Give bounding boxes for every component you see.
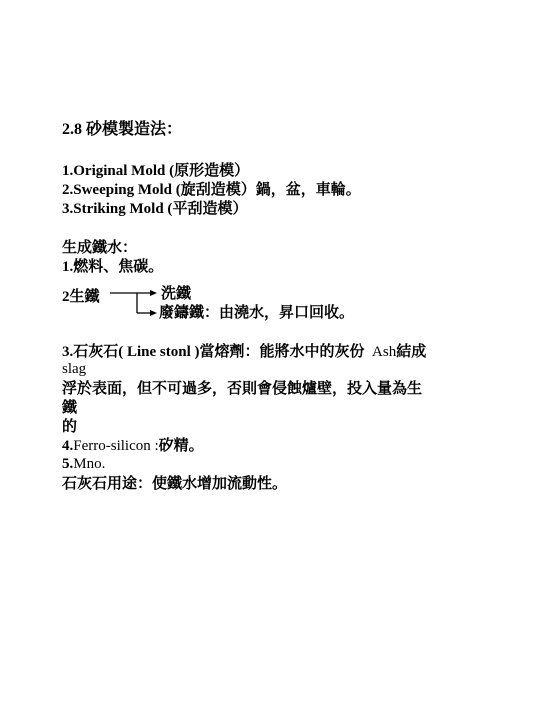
item-en-text: Ash [372, 344, 396, 360]
item-zh-text: 矽精。 [159, 436, 204, 454]
item-number: 3. [62, 344, 73, 360]
section-title: 2.8 砂模製造法： [62, 119, 182, 139]
limestone-continuation-2: 鐵 [62, 398, 77, 418]
item-number: 2. [62, 182, 73, 198]
branch-scrap-iron: 廢鑄鐵：由澆水，昇口回收。 [159, 303, 354, 322]
item-zh-text: 浮於表面，但不可過多，否則會侵蝕爐壁，投入量為生 [62, 379, 422, 397]
list-item-original-mold: 1.Original Mold (原形造模） [62, 161, 249, 181]
item-en-text: Sweeping Mold ( [73, 182, 181, 198]
note-text: 石灰石用途：使鐵水增加流動性。 [62, 474, 287, 492]
item-en-text: Original Mold ( [73, 163, 174, 179]
item-number: 2 [62, 289, 70, 305]
list-item-mno: 5.Mno. [62, 455, 105, 474]
list-item-ferro-silicon: 4.Ferro-silicon :矽精。 [62, 436, 204, 456]
item-number: 4. [62, 438, 73, 454]
list-item-limestone: 3.石灰石( Line stonl )當熔劑：能將水中的灰份 Ash結成 [62, 342, 426, 362]
limestone-use-note: 石灰石用途：使鐵水增加流動性。 [62, 474, 287, 494]
item-examples: 鍋，盆，車輪。 [256, 180, 361, 198]
branch-wash-iron: 洗鐵 [161, 284, 191, 303]
list-item-pig-iron: 2生鐵 [62, 287, 100, 307]
section-number: 2.8 [62, 121, 86, 138]
item-en-text: Mno. [73, 456, 105, 472]
item-zh-text: 結成 [396, 342, 426, 360]
list-item-fuel: 1.燃料、焦碳。 [62, 257, 163, 277]
section-title-text: 砂模製造法： [86, 119, 182, 138]
limestone-slag: slag [62, 360, 86, 379]
heading-text: 生成鐵水： [62, 238, 137, 256]
limestone-continuation-1: 浮於表面，但不可過多，否則會侵蝕爐壁，投入量為生 [62, 379, 422, 399]
item-zh-text: 的 [62, 417, 77, 435]
list-item-striking-mold: 3.Striking Mold (平刮造模） [62, 199, 247, 219]
item-number: 3. [62, 201, 73, 217]
item-en-text: ( Line stonl ) [118, 344, 199, 360]
branch-arrow-icon [110, 286, 158, 320]
limestone-continuation-3: 的 [62, 417, 77, 437]
item-en-text: slag [62, 361, 86, 377]
molten-iron-heading: 生成鐵水： [62, 238, 137, 258]
item-text: 燃料、焦碳。 [73, 257, 163, 275]
item-zh-text: 鐵 [62, 398, 77, 416]
item-number: 1. [62, 259, 73, 275]
item-zh-text: 原形造模） [174, 161, 249, 179]
item-zh-text: 旋刮造模） [181, 180, 256, 198]
item-number: 5. [62, 456, 73, 472]
item-en-text: Ferro-silicon : [73, 438, 158, 454]
list-item-sweeping-mold: 2.Sweeping Mold (旋刮造模）鍋，盆，車輪。 [62, 180, 361, 200]
item-en-text: Striking Mold ( [73, 201, 172, 217]
item-text: 生鐵 [70, 287, 100, 305]
item-number: 1. [62, 163, 73, 179]
item-zh-text: 平刮造模） [172, 199, 247, 217]
item-zh-text: 石灰石 [73, 342, 118, 360]
item-zh-text: 當熔劑：能將水中的灰份 [200, 342, 365, 360]
